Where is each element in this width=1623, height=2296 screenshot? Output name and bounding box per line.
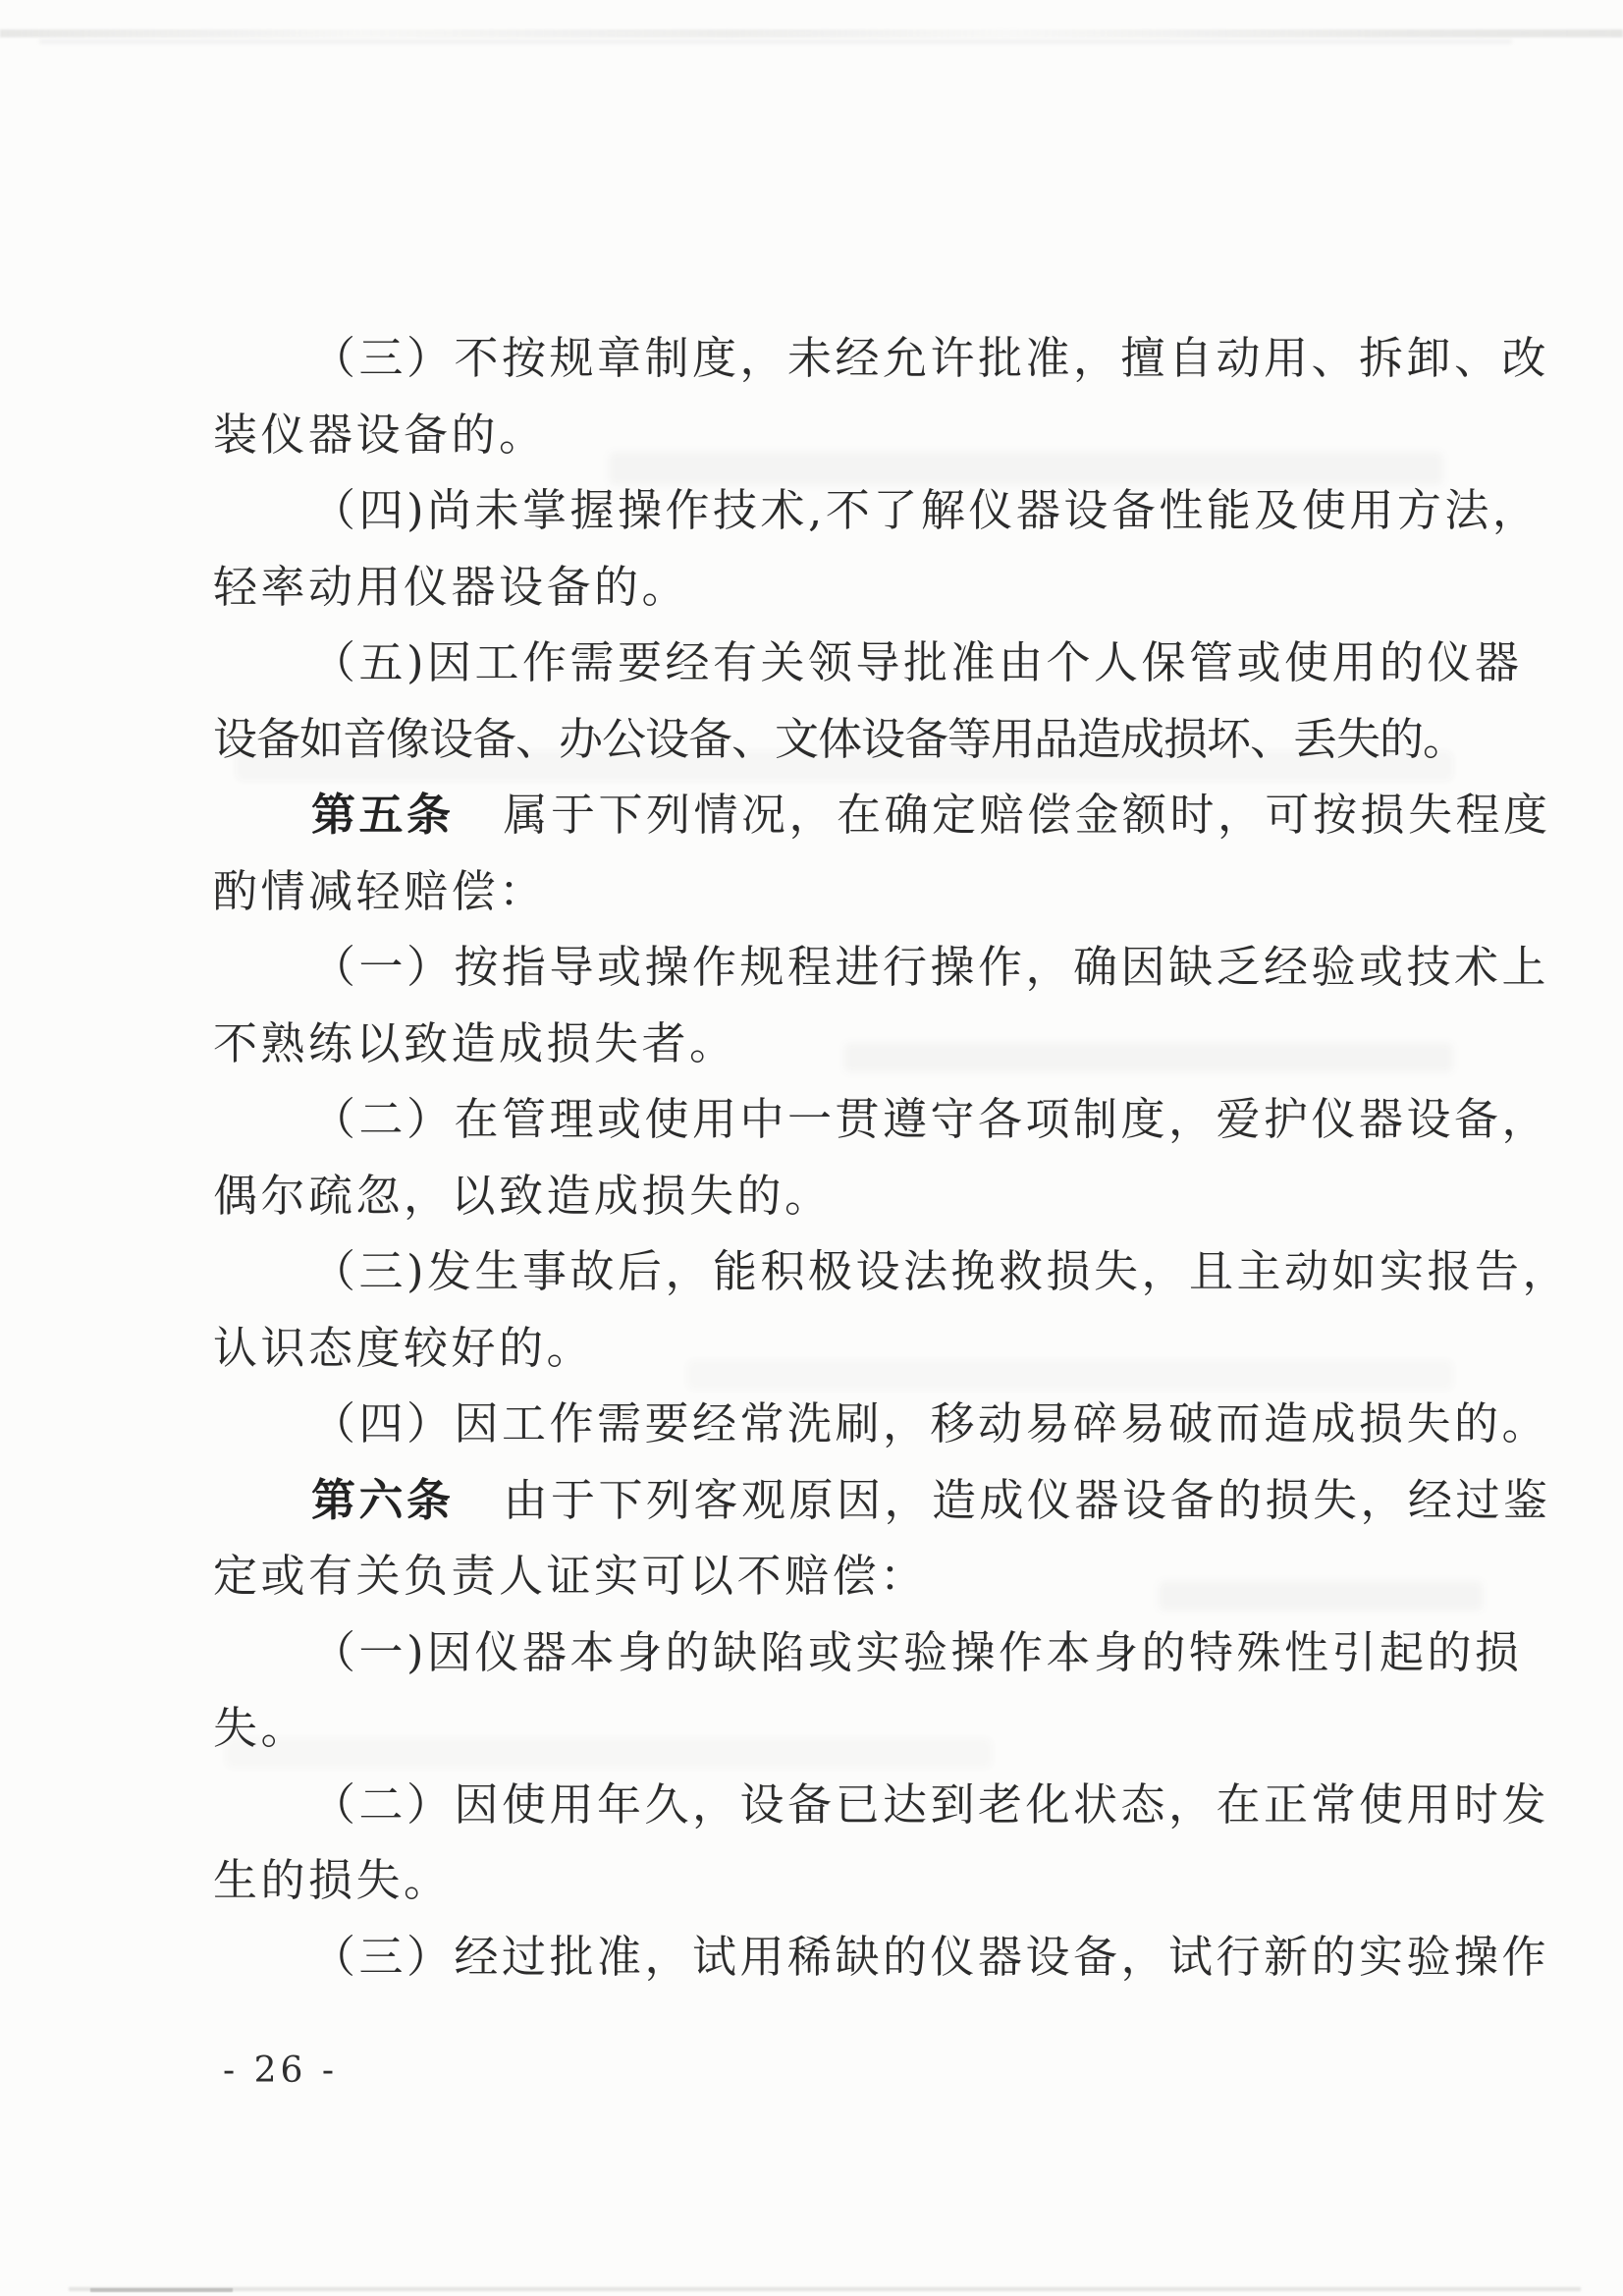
article-number-label: 第五条 <box>311 789 455 841</box>
line-text: 设备如音像设备、办公设备、文体设备等用品造成损坏、丢失的。 <box>213 713 1466 765</box>
line-text: （三）经过批准，试用稀缺的仪器设备，试行新的实验操作 <box>311 1931 1549 1983</box>
line-text: （四）因工作需要经常洗刷，移动易碎易破而造成损失的。 <box>311 1397 1549 1449</box>
scanned-document-page: { "page": { "footer": { "page_number": "… <box>0 0 1623 2296</box>
line-text: 定或有关负责人证实可以不赔偿： <box>213 1550 928 1602</box>
text-line: （二）在管理或使用中一贯遵守各项制度，爱护仪器设备， <box>213 1081 1462 1158</box>
document-text-block: （三）不按规章制度，未经允许批准，擅自动用、拆卸、改 装仪器设备的。 （四)尚未… <box>213 320 1462 1995</box>
text-line: 设备如音像设备、办公设备、文体设备等用品造成损坏、丢失的。 <box>213 701 1462 778</box>
line-text: （一)因仪器本身的缺陷或实验操作本身的特殊性引起的损 <box>311 1626 1523 1678</box>
text-line: （五)因工作需要经有关领导批准由个人保管或使用的仪器 <box>213 625 1462 701</box>
text-line: （四)尚未掌握操作技术,不了解仪器设备性能及使用方法， <box>213 472 1462 549</box>
text-line: （三）经过批准，试用稀缺的仪器设备，试行新的实验操作 <box>213 1919 1462 1995</box>
line-text: 生的损失。 <box>213 1854 452 1906</box>
text-line: 生的损失。 <box>213 1842 1462 1919</box>
line-text: 属于下列情况，在确定赔偿金额时，可按损失程度 <box>504 789 1551 841</box>
text-line: 第六条由于下列客观原因，造成仪器设备的损失，经过鉴 <box>213 1462 1462 1539</box>
text-line: 失。 <box>213 1690 1462 1767</box>
text-line: （四）因工作需要经常洗刷，移动易碎易破而造成损失的。 <box>213 1386 1462 1462</box>
text-line: 装仪器设备的。 <box>213 397 1462 473</box>
line-text: （二）在管理或使用中一贯遵守各项制度，爱护仪器设备， <box>311 1093 1549 1145</box>
text-line: （三）不按规章制度，未经允许批准，擅自动用、拆卸、改 <box>213 320 1462 397</box>
line-text: （三）不按规章制度，未经允许批准，擅自动用、拆卸、改 <box>311 332 1549 384</box>
line-text: （二）因使用年久，设备已达到老化状态，在正常使用时发 <box>311 1778 1549 1831</box>
line-text: 偶尔疏忽，以致造成损失的。 <box>213 1170 833 1222</box>
text-line: （一）按指导或操作规程进行操作，确因缺乏经验或技术上 <box>213 929 1462 1006</box>
page-number: - 26 - <box>223 2050 338 2091</box>
line-text: （一）按指导或操作规程进行操作，确因缺乏经验或技术上 <box>311 941 1549 993</box>
text-line: 轻率动用仪器设备的。 <box>213 549 1462 626</box>
scanner-edge-artifact <box>0 29 1623 37</box>
scanner-edge-artifact <box>39 39 1512 44</box>
text-line: 酌情减轻赔偿： <box>213 853 1462 930</box>
text-line: 认识态度较好的。 <box>213 1310 1462 1387</box>
line-text: 轻率动用仪器设备的。 <box>213 561 689 613</box>
line-text: 由于下列客观原因，造成仪器设备的损失，经过鉴 <box>504 1474 1551 1526</box>
text-line: 偶尔疏忽，以致造成损失的。 <box>213 1158 1462 1234</box>
text-line: 第五条属于下列情况，在确定赔偿金额时，可按损失程度 <box>213 777 1462 853</box>
line-text: 装仪器设备的。 <box>213 409 547 461</box>
line-text: 酌情减轻赔偿： <box>213 865 547 917</box>
scanner-edge-artifact <box>69 2287 1581 2291</box>
line-text: （三)发生事故后，能积极设法挽救损失，且主动如实报告， <box>311 1245 1570 1297</box>
text-line: 定或有关负责人证实可以不赔偿： <box>213 1538 1462 1614</box>
text-line: （一)因仪器本身的缺陷或实验操作本身的特殊性引起的损 <box>213 1614 1462 1691</box>
text-line: （二）因使用年久，设备已达到老化状态，在正常使用时发 <box>213 1767 1462 1843</box>
scanner-edge-artifact <box>90 2288 233 2292</box>
text-line: 不熟练以致造成损失者。 <box>213 1006 1462 1082</box>
line-text: （四)尚未掌握操作技术,不了解仪器设备性能及使用方法， <box>311 484 1540 536</box>
line-text: （五)因工作需要经有关领导批准由个人保管或使用的仪器 <box>311 636 1523 688</box>
line-text: 认识态度较好的。 <box>213 1322 594 1374</box>
line-text: 失。 <box>213 1702 308 1754</box>
article-number-label: 第六条 <box>311 1474 455 1526</box>
text-line: （三)发生事故后，能积极设法挽救损失，且主动如实报告， <box>213 1233 1462 1310</box>
line-text: 不熟练以致造成损失者。 <box>213 1017 737 1069</box>
